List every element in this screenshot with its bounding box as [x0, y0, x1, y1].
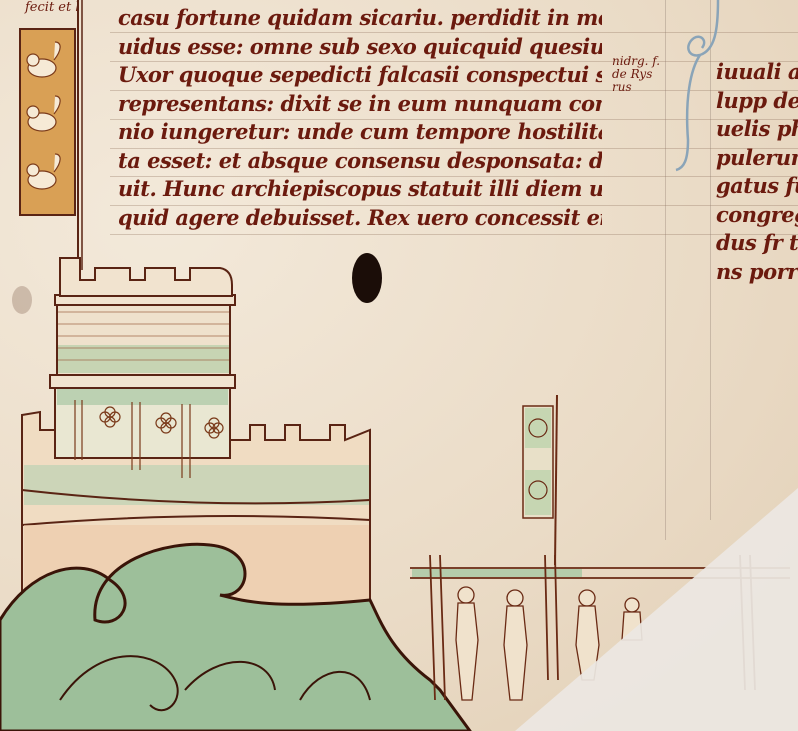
- pennant-banner-roses: [523, 395, 557, 565]
- figure: [504, 590, 527, 700]
- royal-banner-lions: [20, 0, 82, 270]
- paragraph-bracket-icon: [676, 0, 718, 170]
- faded-corner: [515, 488, 798, 731]
- figure: [456, 587, 478, 700]
- manuscript-page: fecit et l casu fortune quidam sicariu. …: [0, 0, 798, 731]
- illustration: [0, 0, 798, 731]
- sea-waves: [0, 544, 470, 731]
- stain: [12, 286, 32, 314]
